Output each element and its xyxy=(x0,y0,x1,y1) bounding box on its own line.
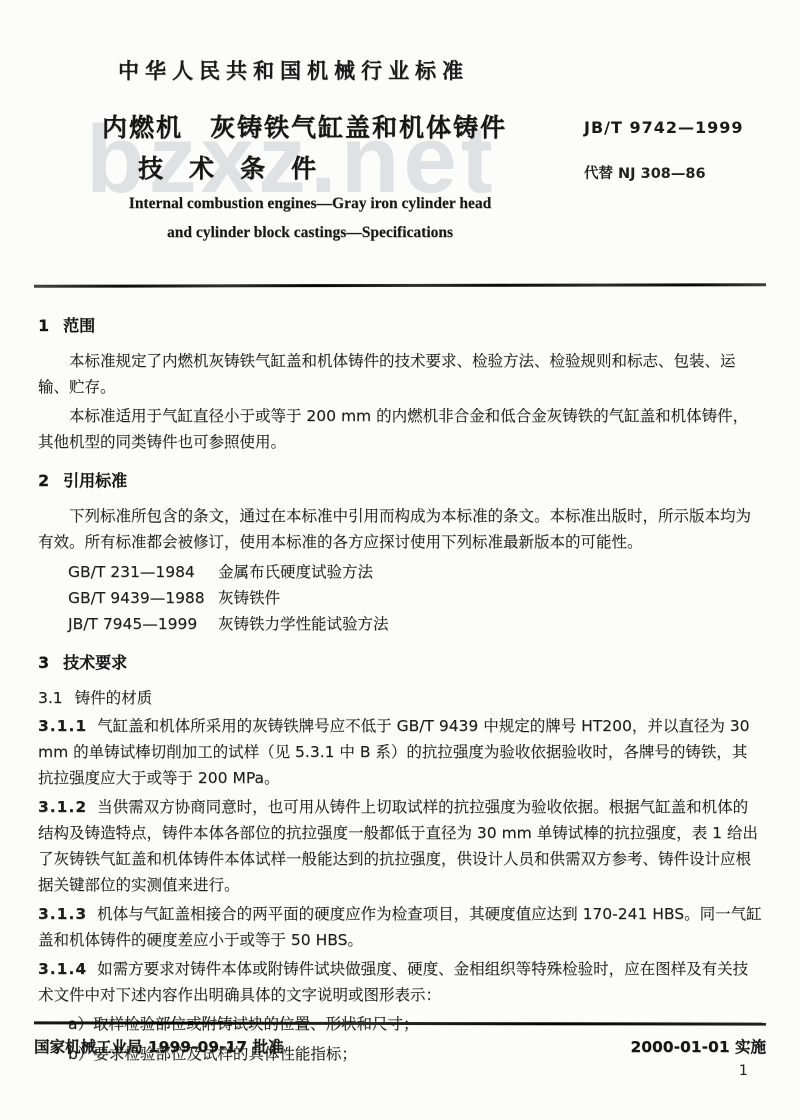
subsection-title: 铸件的材质 xyxy=(75,689,153,707)
clause-number: 3.1.2 xyxy=(38,798,87,816)
section-title: 范围 xyxy=(63,316,95,335)
reference-title: 灰铸铁力学性能试验方法 xyxy=(218,615,389,633)
standard-number: JB/T 9742—1999 xyxy=(584,118,744,137)
reference-title: 金属布氏硬度试验方法 xyxy=(218,563,373,581)
paragraph: 本标准适用于气缸直径小于或等于 200 mm 的内燃机非合金和低合金灰铸铁的气缸… xyxy=(38,403,762,455)
page-number: 1 xyxy=(34,1063,766,1079)
clause-text: 机体与气缸盖相接合的两平面的硬度应作为检查项目，其硬度值应达到 170-241 … xyxy=(38,905,762,949)
clause-number: 3.1.1 xyxy=(38,717,87,735)
reference-item: GB/T 231—1984金属布氏硬度试验方法 xyxy=(68,559,762,585)
document-header: bzxz.net 中华人民共和国机械行业标准 内燃机 灰铸铁气缸盖和机体铸件 J… xyxy=(0,0,800,305)
paragraph: 本标准规定了内燃机灰铸铁气缸盖和机体铸件的技术要求、检验方法、检验规则和标志、包… xyxy=(38,348,762,400)
reference-item: GB/T 9439—1988灰铸铁件 xyxy=(68,585,762,611)
document-body: 1范围 本标准规定了内燃机灰铸铁气缸盖和机体铸件的技术要求、检验方法、检验规则和… xyxy=(0,300,800,1071)
clause-number: 3.1.3 xyxy=(38,905,87,923)
header-divider xyxy=(34,283,766,288)
section-heading: 1范围 xyxy=(38,314,762,338)
subsection-number: 3.1 xyxy=(38,689,63,707)
reference-code: GB/T 231—1984 xyxy=(68,559,218,585)
approval-note: 国家机械工业局 1999-09-17 批准 xyxy=(34,1035,283,1057)
reference-code: GB/T 9439—1988 xyxy=(68,585,218,611)
document-title-en-line1: Internal combustion engines—Gray iron cy… xyxy=(40,195,580,213)
reference-code: JB/T 7945—1999 xyxy=(68,611,218,637)
clause: 3.1.4如需方要求对铸件本体或附铸件试块做强度、硬度、金相组织等特殊检验时，应… xyxy=(38,956,762,1008)
paragraph: 下列标准所包含的条文，通过在本标准中引用而构成为本标准的条文。本标准出版时，所示… xyxy=(38,503,762,555)
clause-number: 3.1.4 xyxy=(38,960,87,978)
section-number: 1 xyxy=(38,316,49,335)
section-number: 2 xyxy=(38,471,49,490)
clause: 3.1.1气缸盖和机体所采用的灰铸铁牌号应不低于 GB/T 9439 中规定的牌… xyxy=(38,713,762,791)
document-footer: 国家机械工业局 1999-09-17 批准 2000-01-01 实施 1 xyxy=(34,1022,766,1079)
reference-title: 灰铸铁件 xyxy=(218,589,280,607)
clause: 3.1.2当供需双方协商同意时，也可用从铸件上切取试样的抗拉强度为验收依据。根据… xyxy=(38,794,762,898)
section-title: 引用标准 xyxy=(63,471,127,490)
footer-row: 国家机械工业局 1999-09-17 批准 2000-01-01 实施 xyxy=(34,1035,766,1057)
section-technical-requirements: 3技术要求 3.1铸件的材质 3.1.1气缸盖和机体所采用的灰铸铁牌号应不低于 … xyxy=(38,651,762,1068)
section-number: 3 xyxy=(38,653,49,672)
clause: 3.1.3机体与气缸盖相接合的两平面的硬度应作为检查项目，其硬度值应达到 170… xyxy=(38,901,762,953)
subsection-heading: 3.1铸件的材质 xyxy=(38,685,762,711)
clause-text: 如需方要求对铸件本体或附铸件试块做强度、硬度、金相组织等特殊检验时，应在图样及有… xyxy=(38,960,748,1004)
section-heading: 3技术要求 xyxy=(38,651,762,675)
clause-text: 气缸盖和机体所采用的灰铸铁牌号应不低于 GB/T 9439 中规定的牌号 HT2… xyxy=(38,717,750,787)
reference-list: GB/T 231—1984金属布氏硬度试验方法 GB/T 9439—1988灰铸… xyxy=(38,559,762,637)
footer-divider xyxy=(34,1021,766,1025)
document-title-cn: 内燃机 灰铸铁气缸盖和机体铸件 xyxy=(102,108,507,144)
implementation-note: 2000-01-01 实施 xyxy=(630,1035,766,1057)
section-scope: 1范围 本标准规定了内燃机灰铸铁气缸盖和机体铸件的技术要求、检验方法、检验规则和… xyxy=(38,314,762,455)
document-page: bzxz.net 中华人民共和国机械行业标准 内燃机 灰铸铁气缸盖和机体铸件 J… xyxy=(0,0,800,1120)
section-references: 2引用标准 下列标准所包含的条文，通过在本标准中引用而构成为本标准的条文。本标准… xyxy=(38,469,762,637)
clause-text: 当供需双方协商同意时，也可用从铸件上切取试样的抗拉强度为验收依据。根据气缸盖和机… xyxy=(38,798,758,894)
document-subtitle-cn: 技术条件 xyxy=(138,149,342,185)
document-title-en-line2: and cylinder block castings—Specificatio… xyxy=(40,224,580,242)
section-heading: 2引用标准 xyxy=(38,469,762,493)
reference-item: JB/T 7945—1999灰铸铁力学性能试验方法 xyxy=(68,611,762,637)
replaces-note: 代替 NJ 308—86 xyxy=(584,162,706,183)
standard-org-title: 中华人民共和国机械行业标准 xyxy=(118,55,469,85)
section-title: 技术要求 xyxy=(63,653,127,672)
